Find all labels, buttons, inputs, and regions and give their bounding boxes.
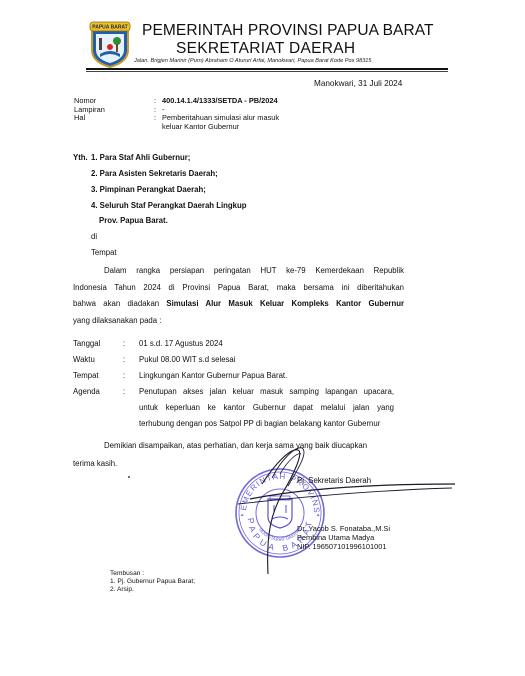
meta-sep: : — [154, 114, 162, 131]
detail-sep: : — [123, 336, 139, 352]
addressee-tempat: Tempat — [91, 248, 117, 257]
event-name: Simulasi Alur Masuk Keluar Kompleks Kant… — [166, 299, 404, 308]
body-line: Indonesia Tahun 2024 di Provinsi Papua B… — [73, 280, 404, 297]
svg-text:PAPUA BARAT: PAPUA BARAT — [92, 25, 127, 31]
recipient-item: 3. Pimpinan Perangkat Daerah; — [91, 185, 206, 194]
letter-meta: Nomor : 400.14.1.4/1333/SETDA - PB/2024 … — [74, 97, 322, 131]
letterhead-rule-thin — [86, 71, 448, 72]
body-line: Dalam rangka persiapan peringatan HUT ke… — [104, 263, 404, 280]
detail-value: Lingkungan Kantor Gubernur Papua Barat. — [139, 368, 394, 384]
detail-label-spacer — [73, 400, 123, 416]
meta-row-hal: Hal : Pemberitahuan simulasi alur masuk … — [74, 114, 322, 131]
detail-row-agenda-cont: terhubung dengan pos Satpol PP di bagian… — [104, 416, 394, 432]
subject-value: Pemberitahuan simulasi alur masuk keluar… — [162, 114, 290, 131]
detail-sep-spacer — [123, 400, 139, 416]
papua-barat-coat-of-arms-icon: PAPUA BARAT — [88, 20, 132, 68]
addressee-di: di — [91, 232, 97, 241]
event-details: Tanggal : 01 s.d. 17 Agustus 2024 Waktu … — [104, 336, 394, 432]
cc-item: 1. Pj. Gubernur Papua Barat; — [110, 578, 195, 586]
recipient-item: 1. Para Staf Ahli Gubernur; — [91, 153, 190, 162]
recipient-item: 4. Seluruh Staf Perangkat Daerah Lingkup — [91, 201, 247, 210]
letterhead-address: Jalan. Brigjen Marinir (Purn) Abraham O … — [134, 58, 372, 64]
body-text: bahwa akan diadakan — [73, 299, 166, 308]
carbon-copy: Tembusan : 1. Pj. Gubernur Papua Barat; … — [110, 570, 195, 594]
cc-heading: Tembusan : — [110, 570, 195, 578]
stray-dot — [128, 476, 130, 478]
detail-label-spacer — [73, 416, 123, 432]
meta-label: Hal — [74, 114, 154, 131]
date-line: Manokwari, 31 Juli 2024 — [314, 79, 402, 88]
detail-label: Tanggal — [73, 336, 123, 352]
detail-value: terhubung dengan pos Satpol PP di bagian… — [139, 416, 394, 432]
detail-label: Waktu — [73, 352, 123, 368]
detail-row-agenda: Agenda : Penutupan akses jalan keluar ma… — [104, 384, 394, 400]
letterhead-line2: SEKRETARIAT DAERAH — [176, 40, 355, 58]
recipient-continuation: Prov. Papua Barat. — [99, 216, 168, 225]
meta-label: Lampiran — [74, 106, 154, 115]
body-line: yang dilaksanakan pada : — [73, 313, 404, 330]
detail-row-tanggal: Tanggal : 01 s.d. 17 Agustus 2024 — [104, 336, 394, 352]
detail-label: Tempat — [73, 368, 123, 384]
detail-value: Pukul 08.00 WIT s.d selesai — [139, 352, 394, 368]
detail-row-tempat: Tempat : Lingkungan Kantor Gubernur Papu… — [104, 368, 394, 384]
detail-sep: : — [123, 352, 139, 368]
detail-sep: : — [123, 368, 139, 384]
handwritten-signature-icon — [190, 444, 460, 584]
cc-item: 2. Arsip. — [110, 586, 195, 594]
body-paragraph: Dalam rangka persiapan peringatan HUT ke… — [104, 263, 404, 329]
detail-value: untuk keperluan ke kantor Gubernur dapat… — [139, 400, 394, 416]
detail-row-waktu: Waktu : Pukul 08.00 WIT s.d selesai — [104, 352, 394, 368]
detail-sep-spacer — [123, 416, 139, 432]
recipient-item: 2. Para Asisten Sekretaris Daerah; — [91, 169, 218, 178]
detail-label: Agenda — [73, 384, 123, 400]
detail-value: 01 s.d. 17 Agustus 2024 — [139, 336, 394, 352]
letter-number: 400.14.1.4/1333/SETDA - PB/2024 — [162, 97, 322, 106]
addressee-prefix: Yth. — [73, 153, 88, 162]
meta-row-nomor: Nomor : 400.14.1.4/1333/SETDA - PB/2024 — [74, 97, 322, 106]
detail-value: Penutupan akses jalan keluar masuk sampi… — [139, 384, 394, 400]
letterhead-rule — [86, 68, 448, 70]
detail-row-agenda-cont: untuk keperluan ke kantor Gubernur dapat… — [104, 400, 394, 416]
detail-sep: : — [123, 384, 139, 400]
letterhead-line1: PEMERINTAH PROVINSI PAPUA BARAT — [142, 22, 434, 40]
body-line: bahwa akan diadakan Simulasi Alur Masuk … — [73, 296, 404, 313]
